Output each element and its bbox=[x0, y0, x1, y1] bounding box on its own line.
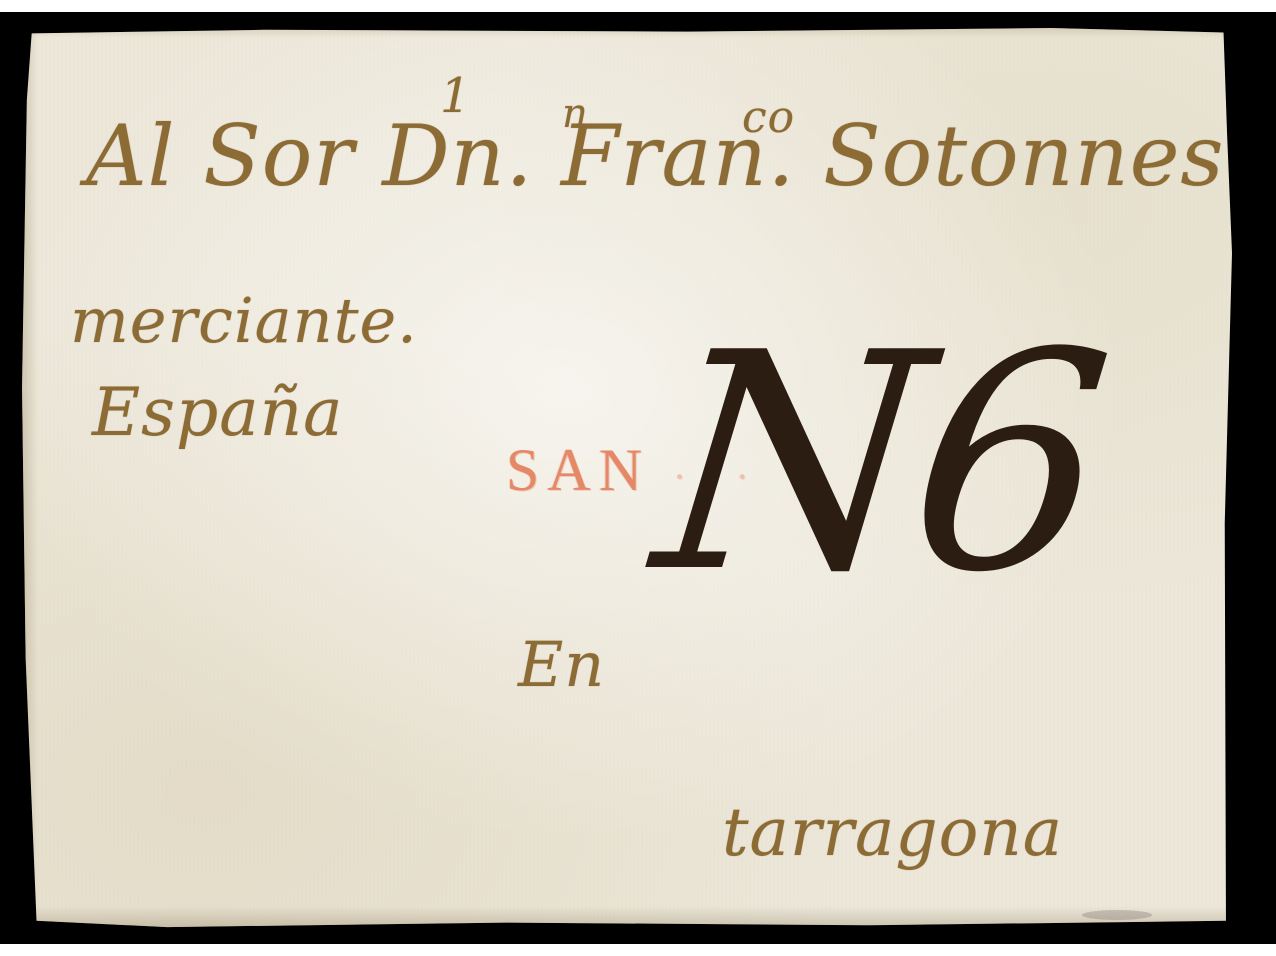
rate-mark: N6 bbox=[646, 314, 1111, 614]
bottom-fold-edge bbox=[22, 906, 1232, 928]
left-fold-edge bbox=[22, 28, 38, 928]
paper-stain bbox=[1082, 910, 1152, 920]
superscript-1: 1 bbox=[440, 72, 472, 120]
address-line-1: Al Sor Dn. Fran. Sotonnes Co: bbox=[86, 114, 1276, 198]
superscript-n: n bbox=[562, 94, 589, 134]
postmark-text: SAN bbox=[506, 437, 650, 503]
top-fold-edge bbox=[22, 28, 1232, 38]
address-country: España bbox=[92, 380, 344, 446]
folded-letter: Al Sor Dn. Fran. Sotonnes Co: 1 n co mer… bbox=[22, 28, 1232, 928]
address-line-en: En bbox=[518, 634, 605, 696]
superscript-co: co bbox=[742, 96, 795, 140]
address-line-2: merciante. bbox=[70, 290, 418, 352]
black-mount: Al Sor Dn. Fran. Sotonnes Co: 1 n co mer… bbox=[0, 12, 1276, 944]
address-city: tarragona bbox=[722, 800, 1063, 866]
